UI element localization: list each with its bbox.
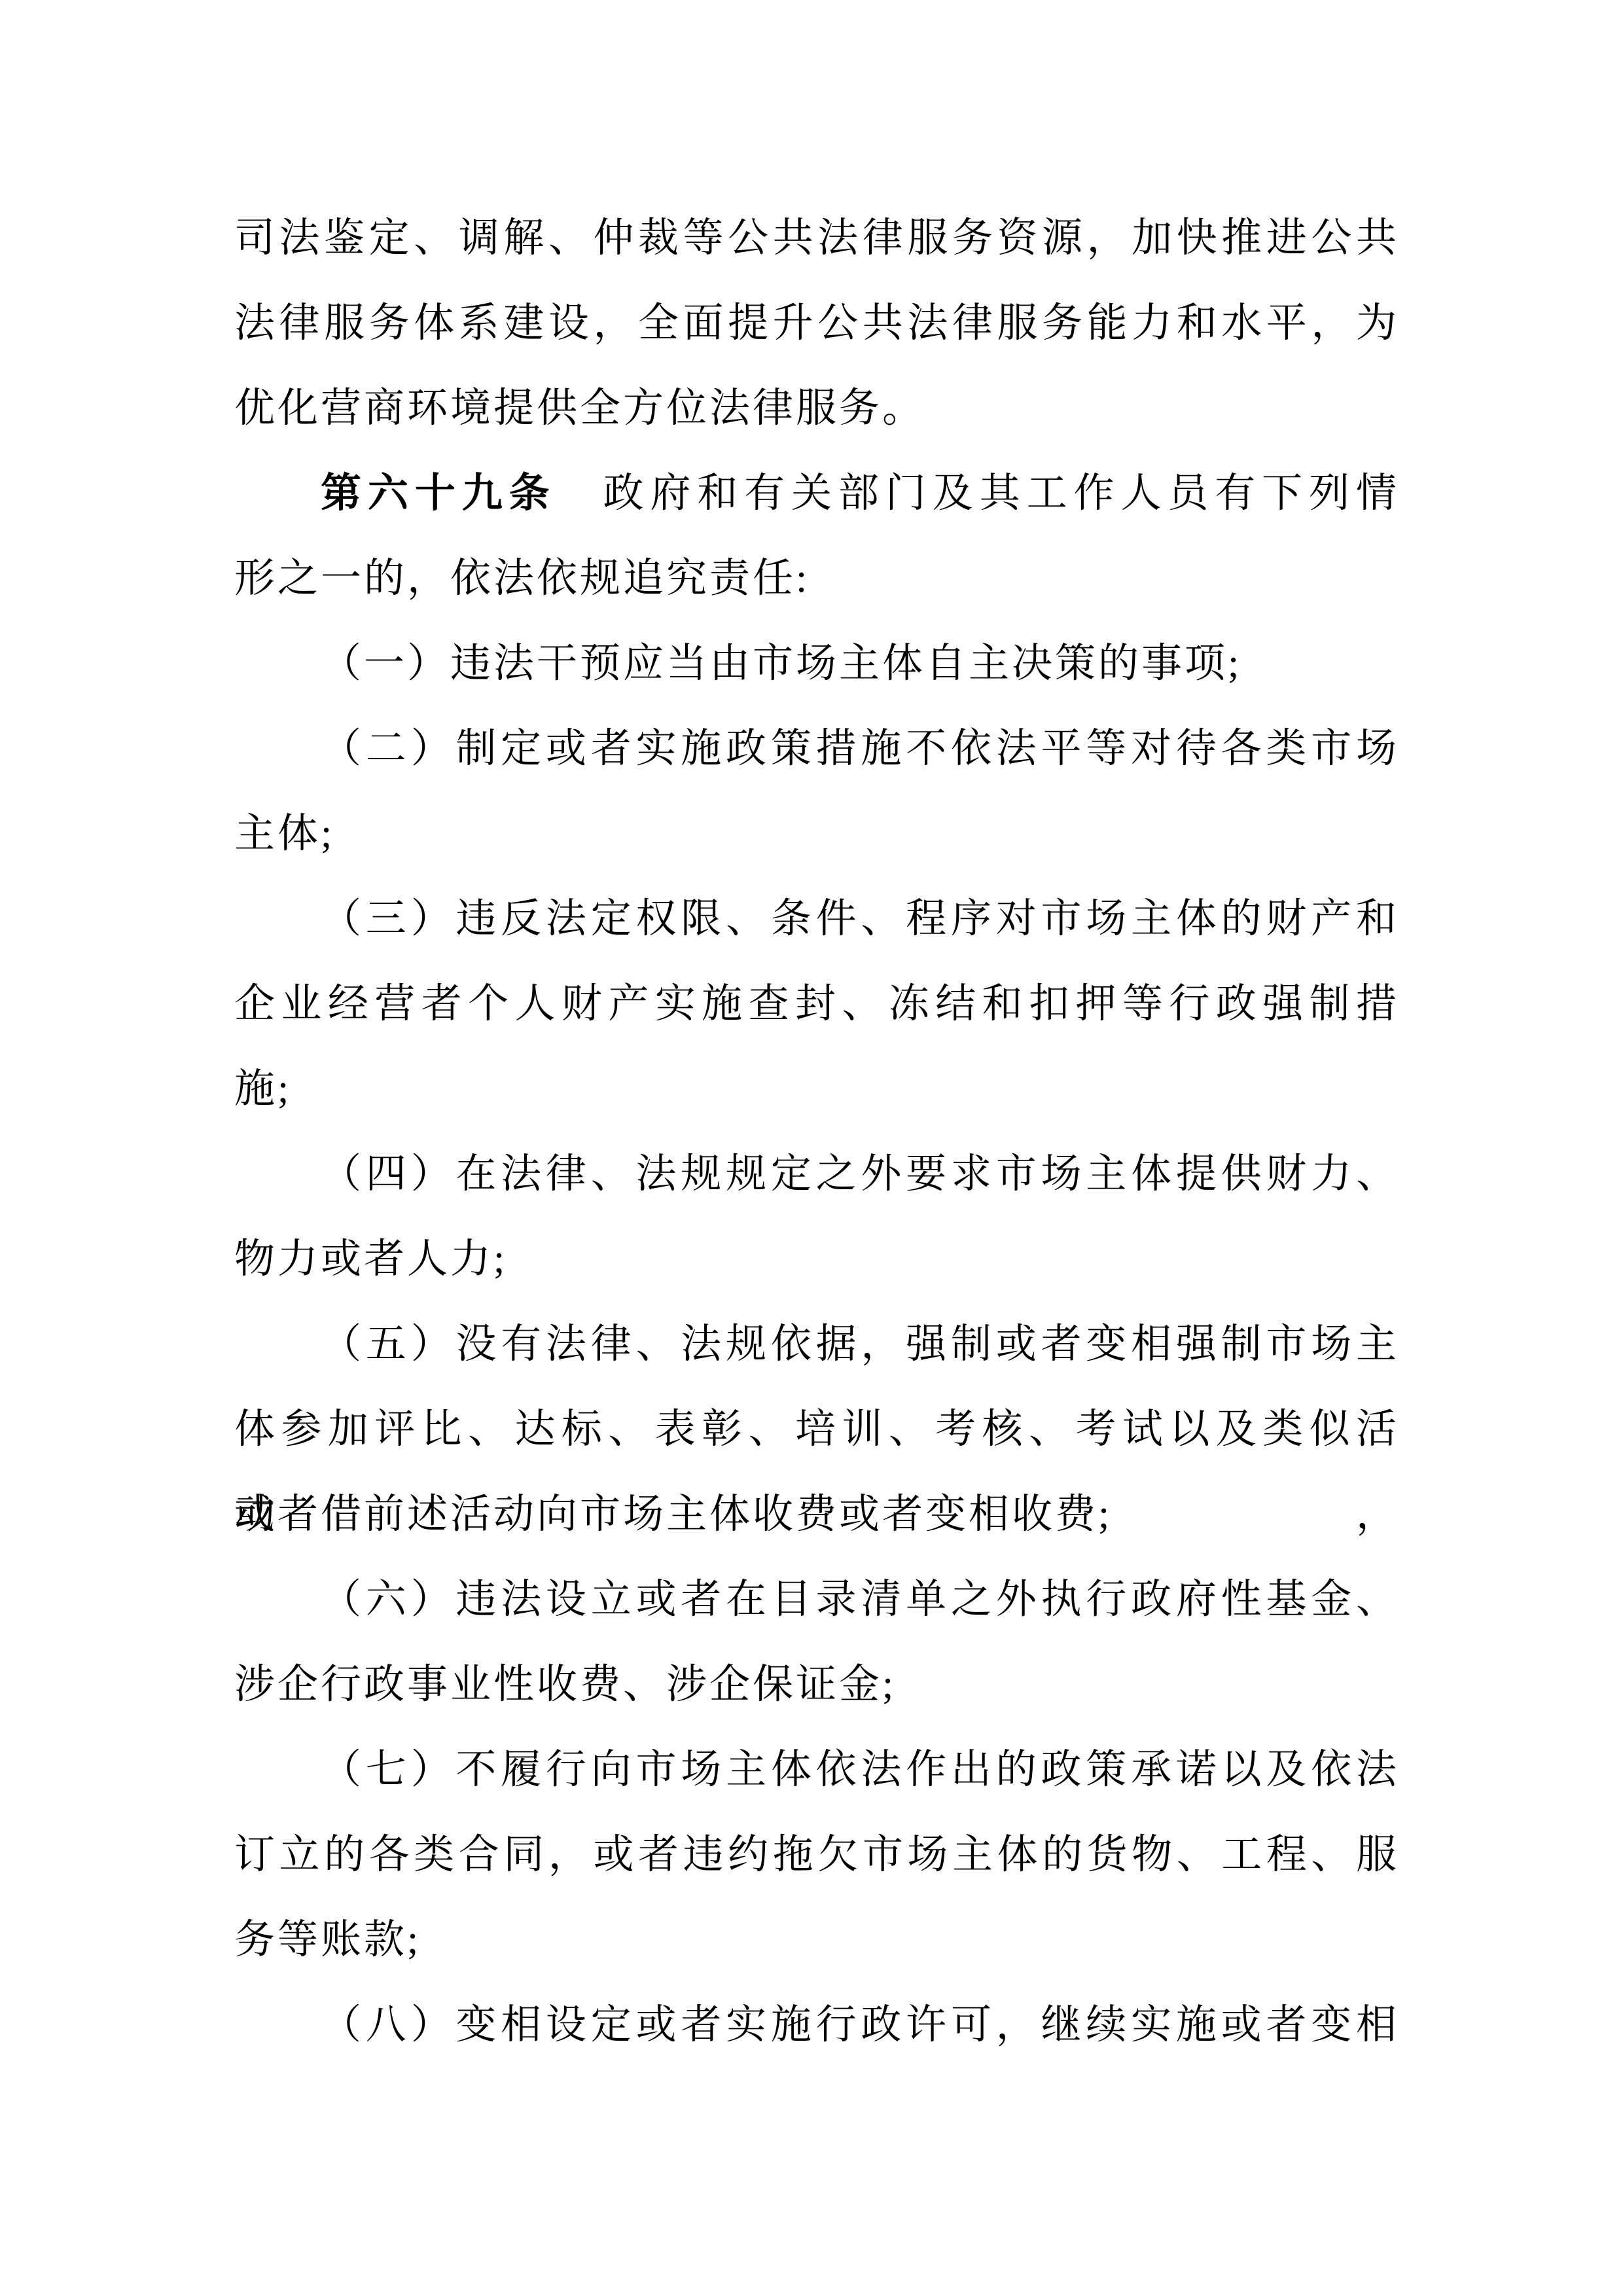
text-segment: （八）变相设定或者实施行政许可，继续实施或者变相 — [321, 2003, 1399, 2047]
text-line: （六）违法设立或者在目录清单之外执行政府性基金、 — [234, 1557, 1399, 1642]
text-line: （二）制定或者实施政策措施不依法平等对待各类市场 — [234, 706, 1399, 791]
text-line: 企业经营者个人财产实施查封、冻结和扣押等行政强制措 — [234, 961, 1399, 1047]
text-line: （五）没有法律、法规依据，强制或者变相强制市场主 — [234, 1302, 1399, 1387]
text-segment: 物力或者人力; — [234, 1237, 507, 1282]
text-line: 体参加评比、达标、表彰、培训、考核、考试以及类似活动， — [234, 1387, 1399, 1472]
text-segment: （四）在法律、法规规定之外要求市场主体提供财力、 — [321, 1152, 1399, 1196]
text-line: 务等账款; — [234, 1897, 1399, 1982]
text-segment: （七）不履行向市场主体依法作出的政策承诺以及依法 — [321, 1748, 1399, 1792]
text-segment: 形之一的，依法依规追究责任: — [234, 556, 810, 601]
text-segment: 订立的各类合同，或者违约拖欠市场主体的货物、工程、服 — [234, 1833, 1399, 1877]
text-segment: 政府和有关部门及其工作人员有下列情 — [556, 471, 1399, 516]
text-segment: 施; — [234, 1067, 291, 1111]
document-body: 司法鉴定、调解、仲裁等公共法律服务资源，加快推进公共法律服务体系建设，全面提升公… — [234, 196, 1399, 2068]
text-segment: （五）没有法律、法规依据，强制或者变相强制市场主 — [321, 1322, 1399, 1367]
text-segment: 企业经营者个人财产实施查封、冻结和扣押等行政强制措 — [234, 982, 1399, 1026]
text-line: 司法鉴定、调解、仲裁等公共法律服务资源，加快推进公共 — [234, 196, 1399, 281]
text-line: 主体; — [234, 791, 1399, 876]
text-segment: 主体; — [234, 812, 334, 856]
text-line: 订立的各类合同，或者违约拖欠市场主体的货物、工程、服 — [234, 1812, 1399, 1897]
text-segment: （一）违法干预应当由市场主体自主决策的事项; — [321, 641, 1241, 686]
page: 司法鉴定、调解、仲裁等公共法律服务资源，加快推进公共法律服务体系建设，全面提升公… — [0, 0, 1623, 2296]
text-line: 施; — [234, 1047, 1399, 1132]
text-line: （七）不履行向市场主体依法作出的政策承诺以及依法 — [234, 1727, 1399, 1812]
text-line: （一）违法干预应当由市场主体自主决策的事项; — [234, 621, 1399, 706]
text-segment: 务等账款; — [234, 1918, 421, 1962]
text-segment: （六）违法设立或者在目录清单之外执行政府性基金、 — [321, 1577, 1399, 1622]
text-segment: 司法鉴定、调解、仲裁等公共法律服务资源，加快推进公共 — [234, 216, 1399, 260]
text-line: 形之一的，依法依规追究责任: — [234, 536, 1399, 621]
text-segment: （三）违反法定权限、条件、程序对市场主体的财产和 — [321, 897, 1399, 941]
text-line: （八）变相设定或者实施行政许可，继续实施或者变相 — [234, 1982, 1399, 2068]
text-line: 物力或者人力; — [234, 1217, 1399, 1302]
text-line: （三）违反法定权限、条件、程序对市场主体的财产和 — [234, 876, 1399, 961]
text-segment: （二）制定或者实施政策措施不依法平等对待各类市场 — [321, 726, 1399, 771]
text-line: 涉企行政事业性收费、涉企保证金; — [234, 1642, 1399, 1727]
text-segment: 优化营商环境提供全方位法律服务。 — [234, 386, 925, 431]
text-segment: 涉企行政事业性收费、涉企保证金; — [234, 1662, 896, 1707]
text-segment: 法律服务体系建设，全面提升公共法律服务能力和水平，为 — [234, 301, 1399, 346]
article-number: 第六十九条 — [321, 471, 556, 516]
text-line: 法律服务体系建设，全面提升公共法律服务能力和水平，为 — [234, 281, 1399, 366]
text-line: 第六十九条 政府和有关部门及其工作人员有下列情 — [234, 451, 1399, 536]
text-segment: 或者借前述活动向市场主体收费或者变相收费; — [234, 1492, 1112, 1537]
text-line: （四）在法律、法规规定之外要求市场主体提供财力、 — [234, 1132, 1399, 1217]
text-line: 优化营商环境提供全方位法律服务。 — [234, 366, 1399, 451]
